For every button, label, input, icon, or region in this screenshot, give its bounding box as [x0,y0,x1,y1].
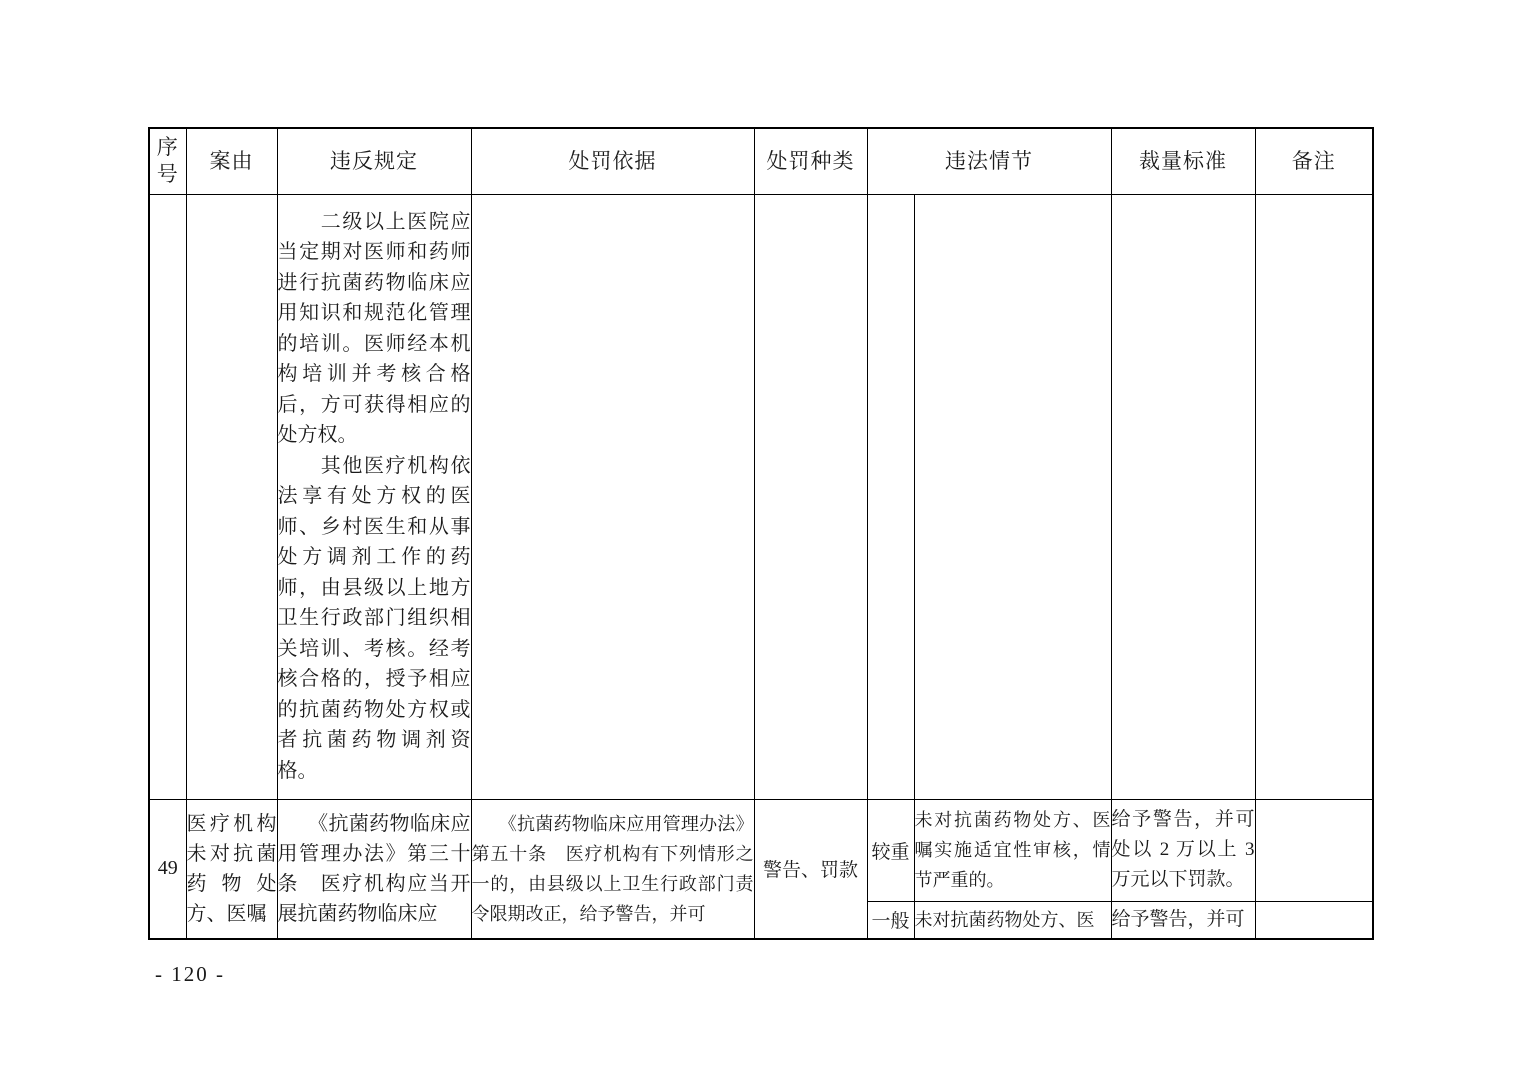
cell-remark-empty [1255,194,1373,799]
header-cause: 案由 [186,128,277,194]
cell-remark-general [1255,901,1373,939]
cell-basis-49: 《抗菌药物临床应用管理办法》第五十条 医疗机构有下列情形之一的，由县级以上卫生行… [471,799,754,939]
cell-violation-continuation: 二级以上医院应当定期对医师和药师进行抗菌药物临床应用知识和规范化管理的培训。医师… [277,194,471,799]
header-standard: 裁量标准 [1111,128,1255,194]
header-seq: 序 号 [149,128,186,194]
cell-penalty-type-49: 警告、罚款 [754,799,867,939]
cell-seq-empty [149,194,186,799]
cell-remark-severe [1255,799,1373,901]
table-header-row: 序 号 案由 违反规定 处罚依据 处罚种类 违法情节 裁量标准 备注 [149,128,1373,194]
cell-violation-49: 《抗菌药物临床应用管理办法》第三十条 医疗机构应当开展抗菌药物临床应 [277,799,471,939]
cell-grade-severe: 较重 [867,799,914,901]
cell-standard-general: 给予警告，并可 [1111,901,1255,939]
cell-basis-empty [471,194,754,799]
cell-penalty-type-empty [754,194,867,799]
row-48-continuation: 二级以上医院应当定期对医师和药师进行抗菌药物临床应用知识和规范化管理的培训。医师… [149,194,1373,799]
cell-cause-empty [186,194,277,799]
cell-circumstance-empty [914,194,1111,799]
cell-circumstance-general: 未对抗菌药物处方、医 [914,901,1111,939]
cell-cause-49: 医疗机构未对抗菌药物处方、医嘱 [186,799,277,939]
header-violation: 违反规定 [277,128,471,194]
cell-grade-general: 一般 [867,901,914,939]
header-penalty-type: 处罚种类 [754,128,867,194]
cell-grade-empty [867,194,914,799]
page-number: - 120 - [155,962,225,987]
header-circumstance: 违法情节 [867,128,1111,194]
cell-circumstance-severe: 未对抗菌药物处方、医嘱实施适宜性审核，情节严重的。 [914,799,1111,901]
cell-standard-severe: 给予警告，并可处以 2 万以上 3 万元以下罚款。 [1111,799,1255,901]
header-basis: 处罚依据 [471,128,754,194]
cell-standard-empty [1111,194,1255,799]
cell-seq-49: 49 [149,799,186,939]
header-remark: 备注 [1255,128,1373,194]
penalty-discretion-table: 序 号 案由 违反规定 处罚依据 处罚种类 违法情节 裁量标准 备注 二级以上医… [148,127,1374,940]
document-page: 序 号 案由 违反规定 处罚依据 处罚种类 违法情节 裁量标准 备注 二级以上医… [0,0,1520,1074]
row-49-severe: 49 医疗机构未对抗菌药物处方、医嘱 《抗菌药物临床应用管理办法》第三十条 医疗… [149,799,1373,901]
